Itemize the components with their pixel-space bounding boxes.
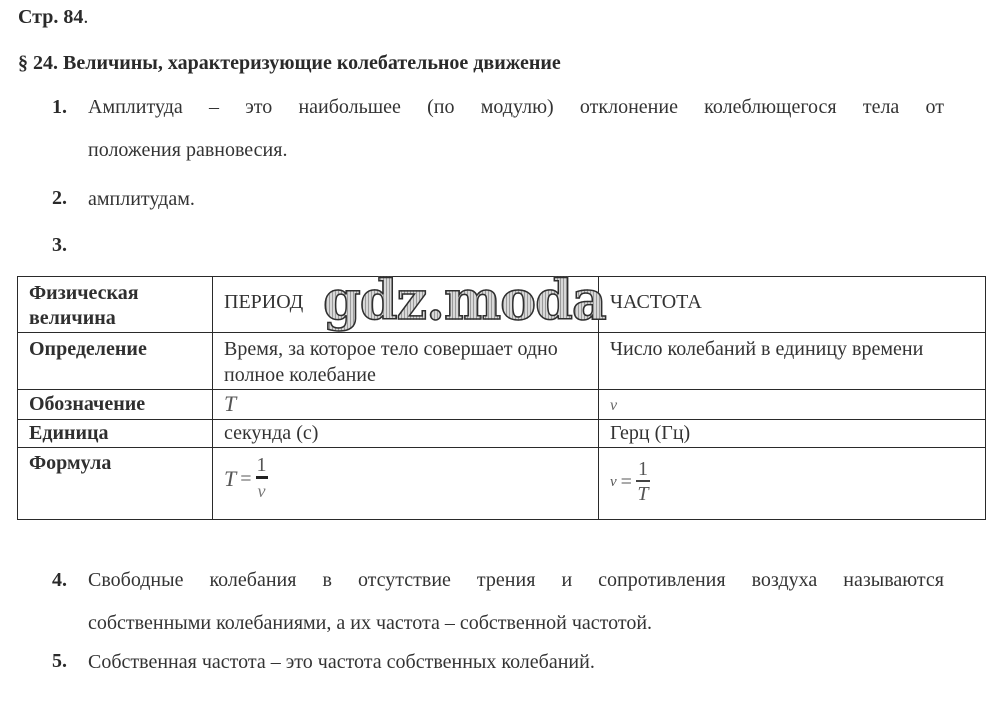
- formula-equals: =: [240, 466, 251, 492]
- page-number: Стр. 84: [18, 6, 83, 28]
- page-reference: Стр. 84.: [18, 6, 88, 29]
- formula-lhs: ν: [610, 469, 617, 495]
- cell-period-title: ПЕРИОД: [213, 277, 599, 333]
- item-number: 4.: [52, 569, 67, 592]
- period-symbol: T: [224, 391, 236, 416]
- cell-frequency-unit: Герц (Гц): [599, 420, 986, 448]
- row-header-unit: Единица: [18, 420, 213, 448]
- table-row: Определение Время, за которое тело совер…: [18, 333, 986, 390]
- cell-frequency-symbol: ν: [599, 390, 986, 420]
- item-number: 2.: [52, 187, 67, 210]
- row-header-symbol: Обозначение: [18, 390, 213, 420]
- period-formula: T = 1 ν: [224, 454, 268, 503]
- cell-period-definition: Время, за которое тело совершает одно по…: [213, 333, 599, 390]
- formula-lhs: T: [224, 466, 236, 492]
- cell-frequency-title: ЧАСТОТА: [599, 277, 986, 333]
- fraction-numerator: 1: [257, 454, 267, 476]
- table-row: Единица секунда (с) Герц (Гц): [18, 420, 986, 448]
- item-text-line-1: Свободные колебания в отсутствие трения …: [88, 559, 944, 602]
- item-number: 5.: [52, 650, 67, 673]
- table-row: Формула T = 1 ν ν = 1 T: [18, 448, 986, 520]
- fraction-numerator: 1: [638, 458, 648, 480]
- frequency-symbol: ν: [610, 397, 617, 414]
- formula-equals: =: [621, 469, 632, 495]
- item-text: Собственная частота – это частота собств…: [88, 650, 944, 674]
- row-header-quantity: Физическая величина: [18, 277, 213, 333]
- page-number-dot: .: [83, 6, 88, 28]
- table-row: Обозначение T ν: [18, 390, 986, 420]
- fraction-denominator: ν: [258, 479, 266, 503]
- item-text: амплитудам.: [88, 187, 944, 211]
- cell-period-symbol: T: [213, 390, 599, 420]
- item-text-line-2: положения равновесия.: [88, 129, 944, 172]
- item-text: Свободные колебания в отсутствие трения …: [88, 559, 944, 645]
- item-number: 1.: [52, 96, 67, 119]
- table-row: Физическая величина ПЕРИОД ЧАСТОТА: [18, 277, 986, 333]
- fraction-denominator: T: [637, 482, 648, 506]
- comparison-table: Физическая величина ПЕРИОД ЧАСТОТА Опред…: [17, 276, 986, 520]
- item-text: Амплитуда – это наибольшее (по модулю) о…: [88, 86, 944, 172]
- cell-period-unit: секунда (с): [213, 420, 599, 448]
- cell-frequency-definition: Число колебаний в единицу времени: [599, 333, 986, 390]
- formula-fraction: 1 ν: [256, 454, 268, 503]
- cell-period-formula: T = 1 ν: [213, 448, 599, 520]
- item-number: 3.: [52, 234, 67, 257]
- frequency-formula: ν = 1 T: [610, 458, 650, 506]
- section-title: § 24. Величины, характеризующие колебате…: [18, 52, 561, 75]
- formula-fraction: 1 T: [636, 458, 650, 506]
- row-header-formula: Формула: [18, 448, 213, 520]
- row-header-definition: Определение: [18, 333, 213, 390]
- cell-frequency-formula: ν = 1 T: [599, 448, 986, 520]
- item-text-line-1: Амплитуда – это наибольшее (по модулю) о…: [88, 86, 944, 129]
- item-text-line-2: собственными колебаниями, а их частота –…: [88, 602, 944, 645]
